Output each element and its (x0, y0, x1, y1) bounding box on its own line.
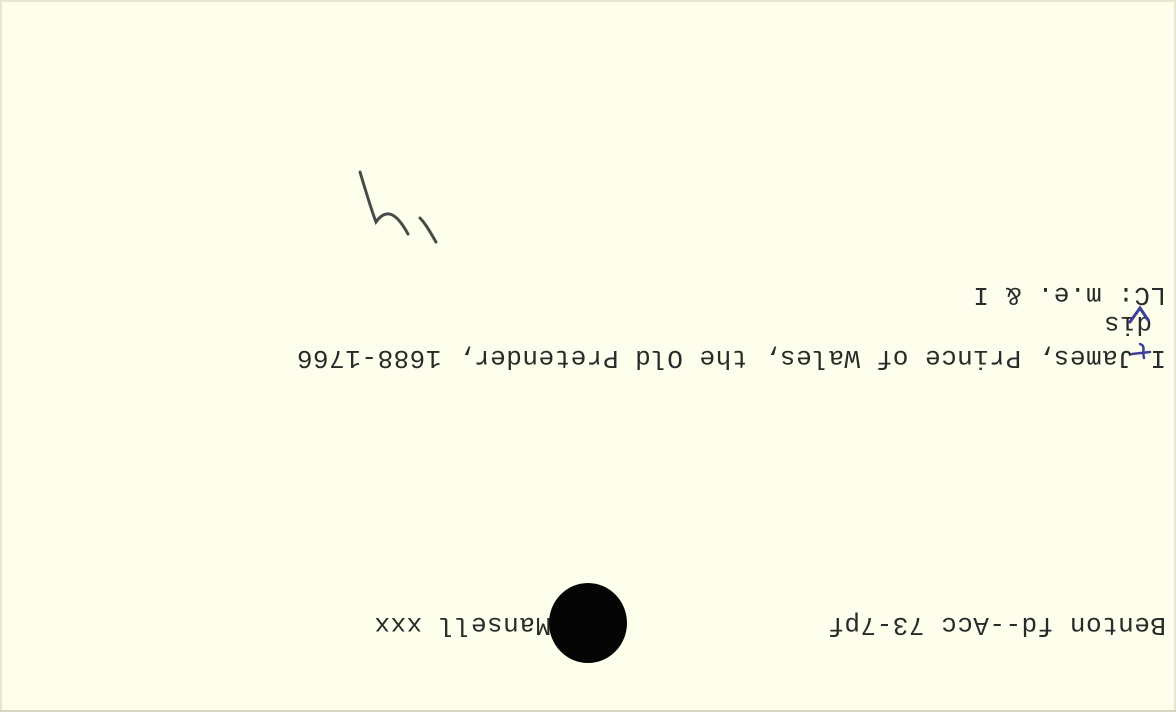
blue-pencil-correction-mark (1106, 300, 1166, 360)
card-heading: I James, Prince of Wales, the Old Preten… (296, 343, 1166, 373)
catalog-card: Benton fd--Acc 73-7pf Mansell xxx I Jame… (0, 0, 1176, 712)
handwritten-number-12 (346, 142, 456, 252)
punch-hole (549, 583, 627, 663)
donor-line: Mansell xxx (374, 610, 551, 640)
accession-line: Benton fd--Acc 73-7pf (828, 610, 1166, 640)
